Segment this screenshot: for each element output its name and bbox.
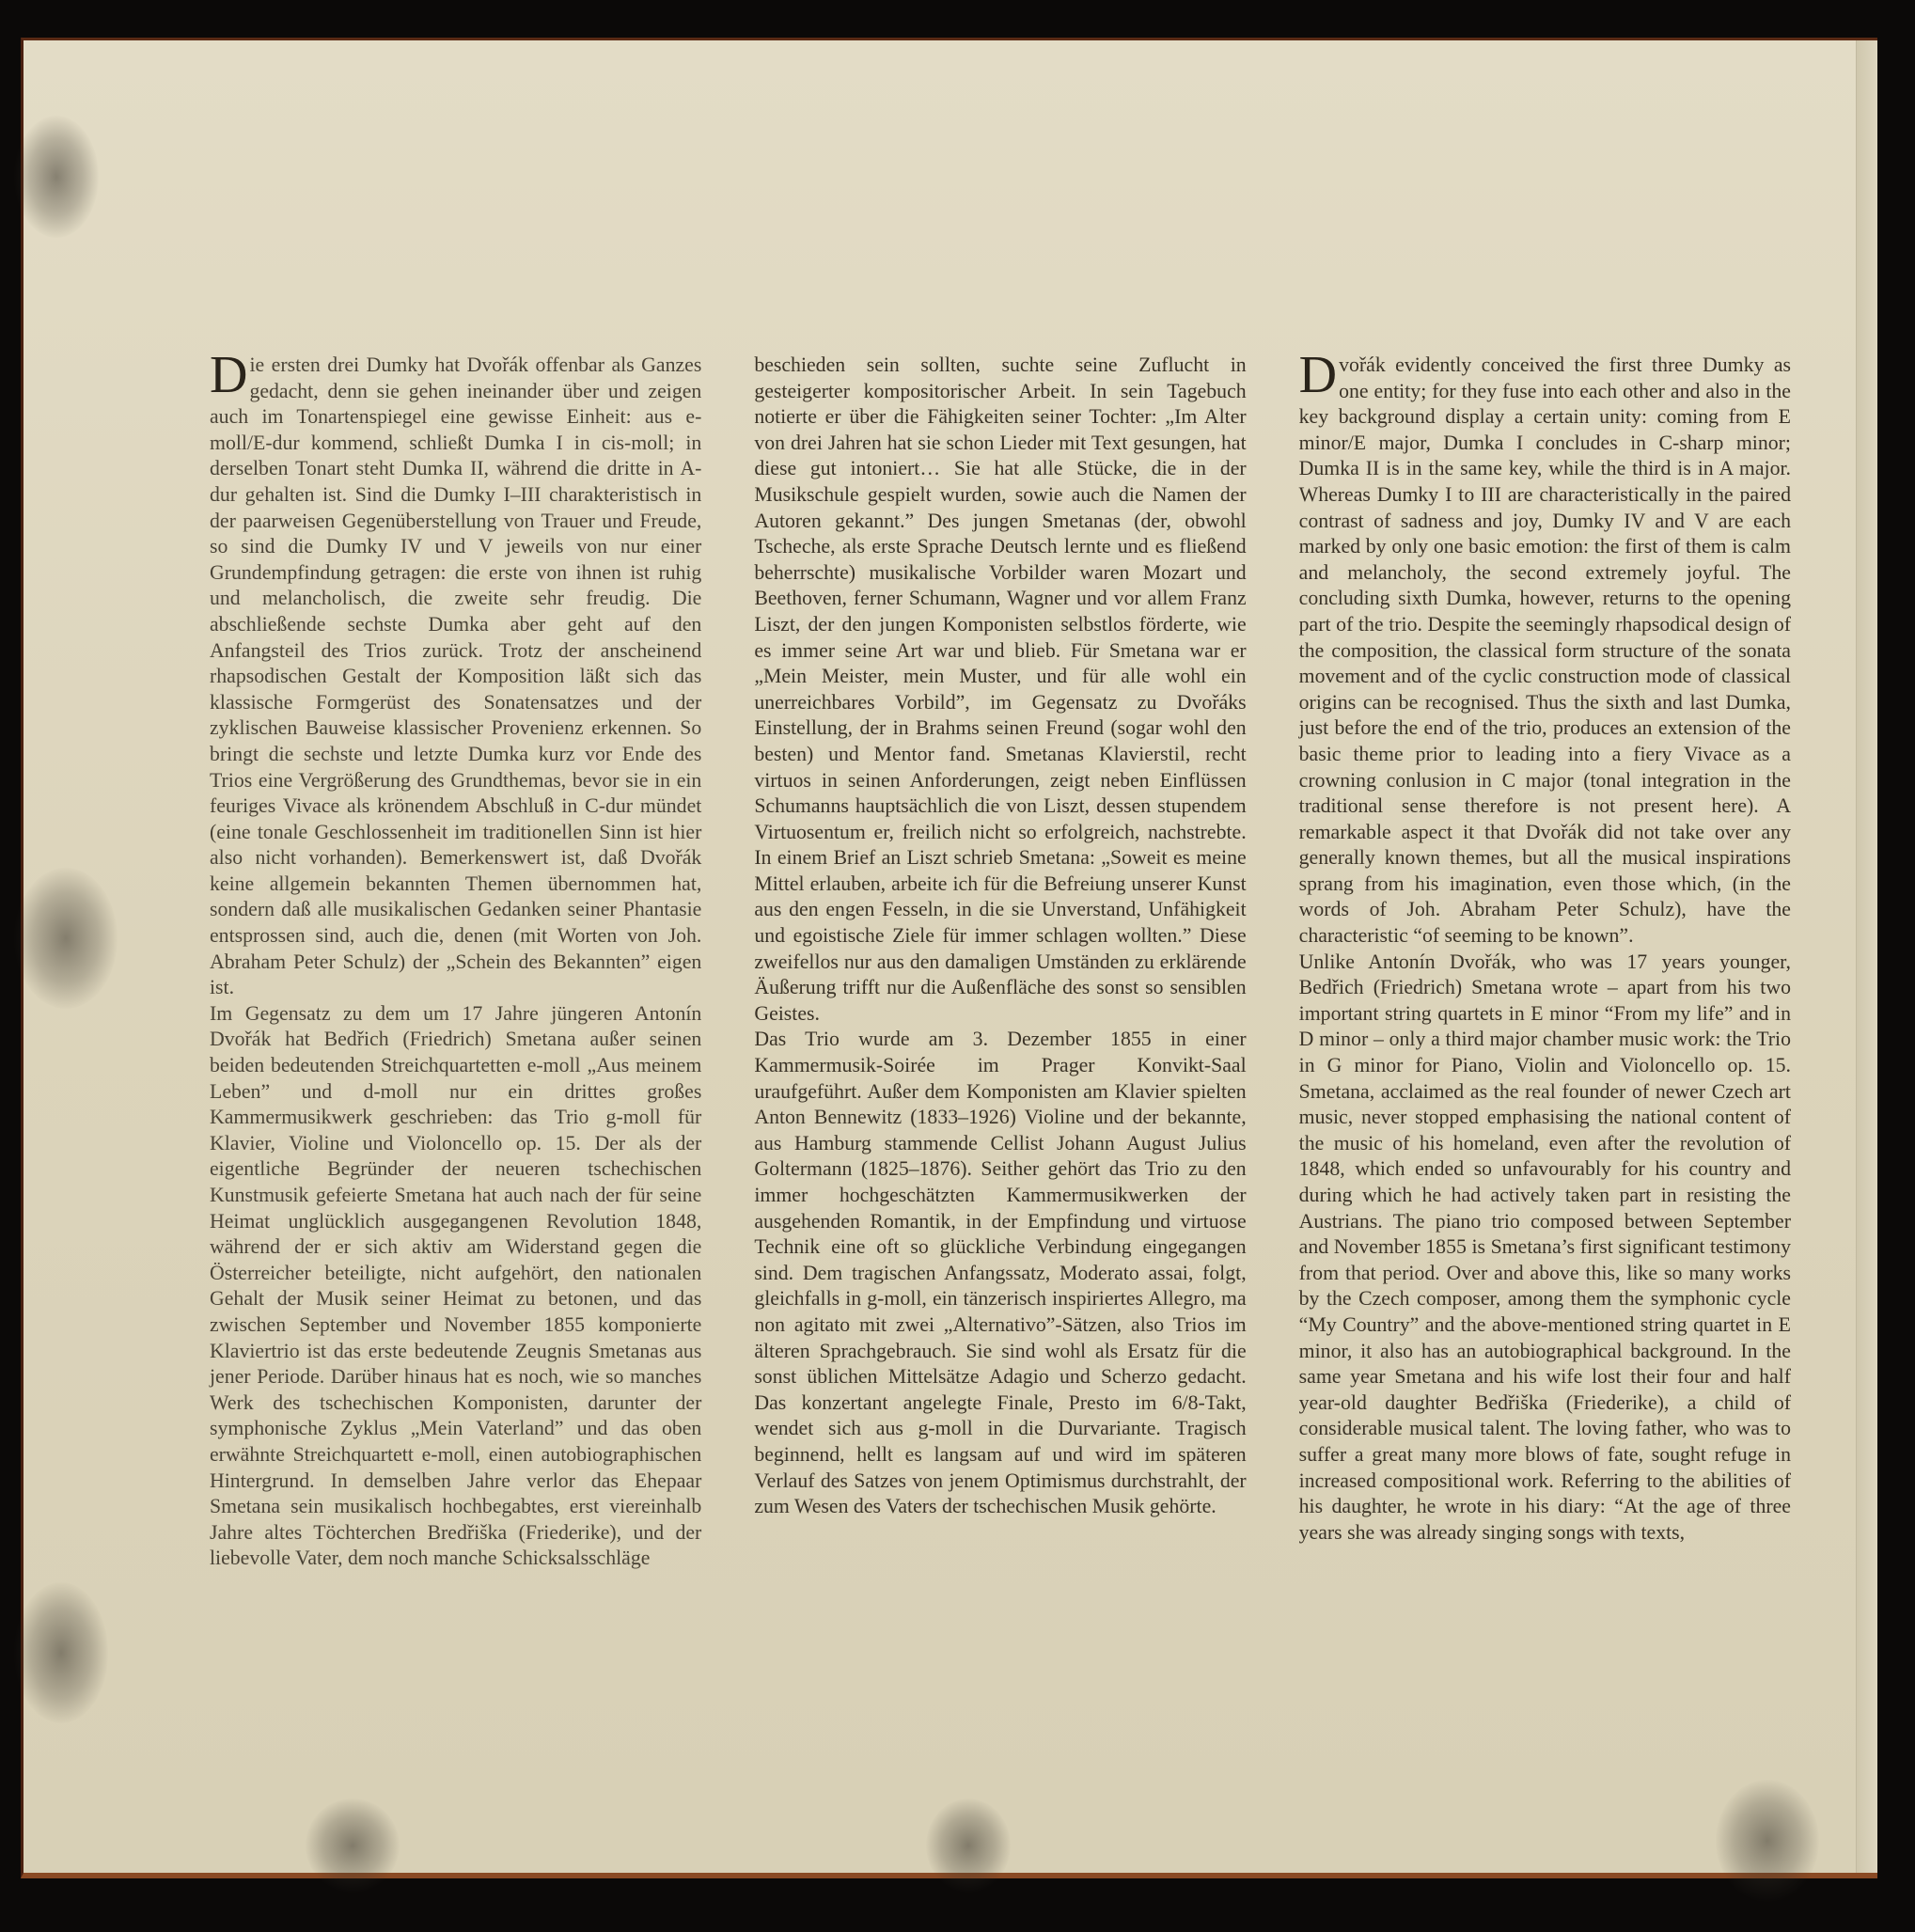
finger-shadow-left-middle [14, 868, 118, 1009]
sleeve-spine-edge [1856, 40, 1877, 1873]
column-german-2: beschieden sein sollten, suchte seine Zu… [754, 353, 1246, 1572]
paragraph: Unlike Antonín Dvořák, who was 17 years … [1299, 950, 1791, 1547]
finger-shadow-bottom-1 [306, 1798, 400, 1893]
finger-shadow-bottom-2 [926, 1798, 1011, 1893]
paragraph: Die ersten drei Dumky hat Dvořák offenba… [210, 353, 701, 1001]
record-sleeve-page: Die ersten drei Dumky hat Dvořák offenba… [21, 38, 1877, 1878]
paragraph-text: ie ersten drei Dumky hat Dvořák offenbar… [210, 353, 701, 998]
paragraph: Das Trio wurde am 3. Dezember 1855 in ei… [754, 1027, 1246, 1519]
column-german-1: Die ersten drei Dumky hat Dvořák offenba… [210, 353, 701, 1572]
finger-shadow-left-top [14, 116, 99, 238]
paragraph: Im Gegensatz zu dem um 17 Jahre jüngeren… [210, 1001, 701, 1572]
drop-cap: D [210, 356, 247, 394]
paragraph: Dvořák evidently conceived the first thr… [1299, 353, 1791, 950]
drop-cap: D [1299, 356, 1337, 394]
finger-shadow-bottom-3 [1716, 1780, 1819, 1902]
text-columns: Die ersten drei Dumky hat Dvořák offenba… [210, 353, 1791, 1572]
paragraph: beschieden sein sollten, suchte seine Zu… [754, 353, 1246, 1027]
column-english: Dvořák evidently conceived the first thr… [1299, 353, 1791, 1572]
finger-shadow-left-bottom [14, 1582, 108, 1723]
paragraph-text: vořák evidently conceived the first thre… [1299, 353, 1791, 947]
